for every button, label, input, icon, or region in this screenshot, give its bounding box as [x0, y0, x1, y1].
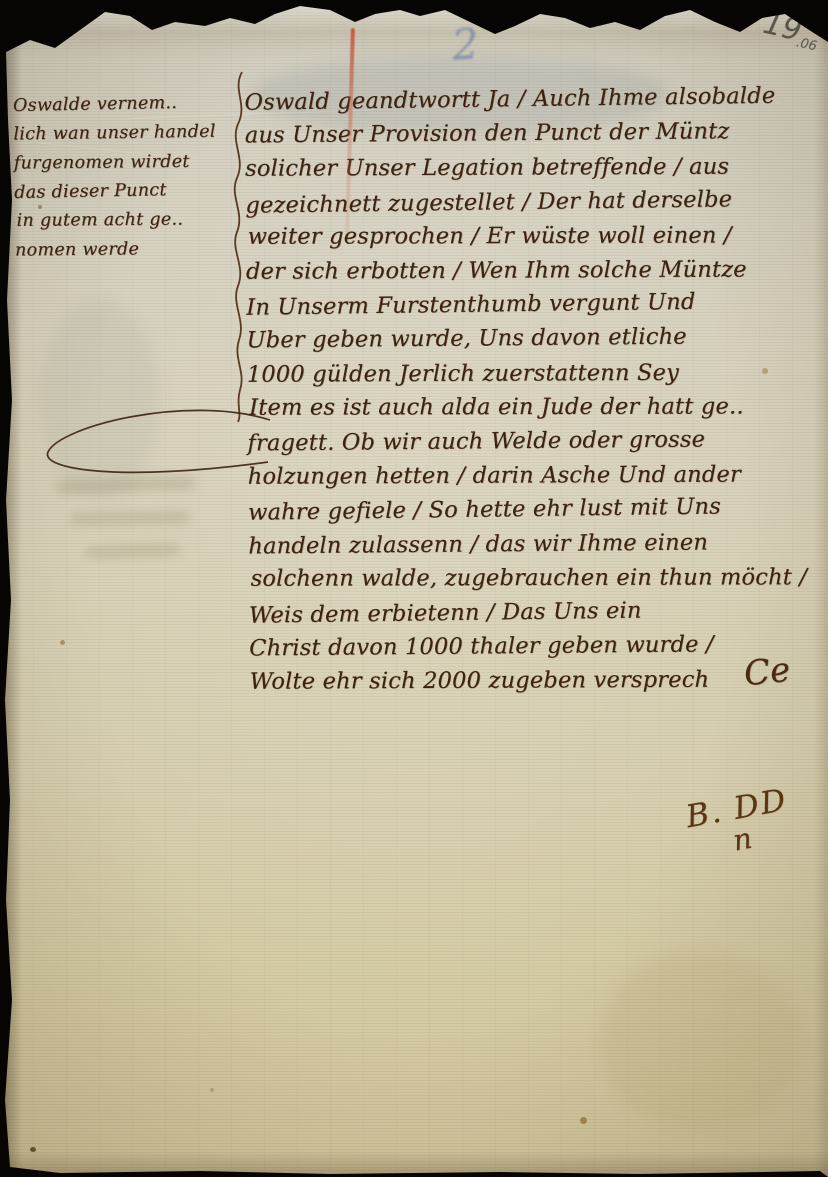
foxing-spot [210, 1088, 214, 1092]
blue-pencil-mark: 2 [450, 19, 480, 70]
stain-smudge [600, 950, 800, 1130]
margin-note-line: lich wan unser handel [13, 117, 233, 149]
body-line: Item es ist auch alda ein Jude der hatt … [249, 389, 814, 425]
body-line: solchenn walde, zugebrauchen ein thun mö… [251, 560, 816, 596]
bottom-edge-shadow [0, 1151, 828, 1177]
right-edge-shadow [814, 0, 828, 1177]
showthrough-verso-text [70, 511, 190, 526]
foxing-spot [60, 640, 65, 645]
body-line: gezeichnett zugestellet / Der hat dersel… [245, 181, 810, 223]
manuscript-page: Oswalde vernem.. lich wan unser handel f… [0, 0, 828, 1177]
closing-paraph: Ce [742, 650, 792, 695]
registrar-mark: B. DD n [683, 777, 822, 865]
margin-note-line: in gutem acht ge.. [16, 205, 236, 236]
body-line: handeln zulassenn / das wir Ihme einen [248, 524, 813, 563]
body-line: solicher Unser Legation betreffende / au… [245, 150, 810, 187]
body-text: Oswald geandtwortt Ja / Auch Ihme alsoba… [244, 80, 814, 701]
photo-background: Oswalde vernem.. lich wan unser handel f… [0, 0, 828, 1177]
margin-note-line: das dieser Punct [14, 175, 234, 208]
torn-edge-shading [0, 0, 828, 58]
body-line: weiter gesprochen / Er wüste woll einen … [248, 218, 813, 254]
showthrough-verso-text [85, 543, 180, 558]
body-line: 1000 gülden Jerlich zuerstattenn Sey [247, 355, 812, 392]
margin-note: Oswalde vernem.. lich wan unser handel f… [13, 88, 235, 265]
foxing-spot [580, 1117, 587, 1124]
body-line: Wolte ehr sich 2000 zugeben versprech [249, 663, 814, 700]
item-initial-flourish [38, 408, 273, 493]
body-line: aus Unser Provision den Punct der Müntz [245, 114, 810, 153]
body-line: Christ davon 1000 thaler geben wurde / [249, 627, 814, 666]
margin-note-line: furgenomen wirdet [14, 147, 234, 178]
margin-note-line: Oswalde vernem.. [13, 88, 233, 121]
body-line: fragett. Ob wir auch Welde oder grosse [247, 422, 812, 461]
margin-note-line: nomen werde [15, 234, 235, 265]
body-line: Uber geben wurde, Uns davon etliche [246, 319, 811, 358]
foxing-spot [30, 1147, 36, 1152]
